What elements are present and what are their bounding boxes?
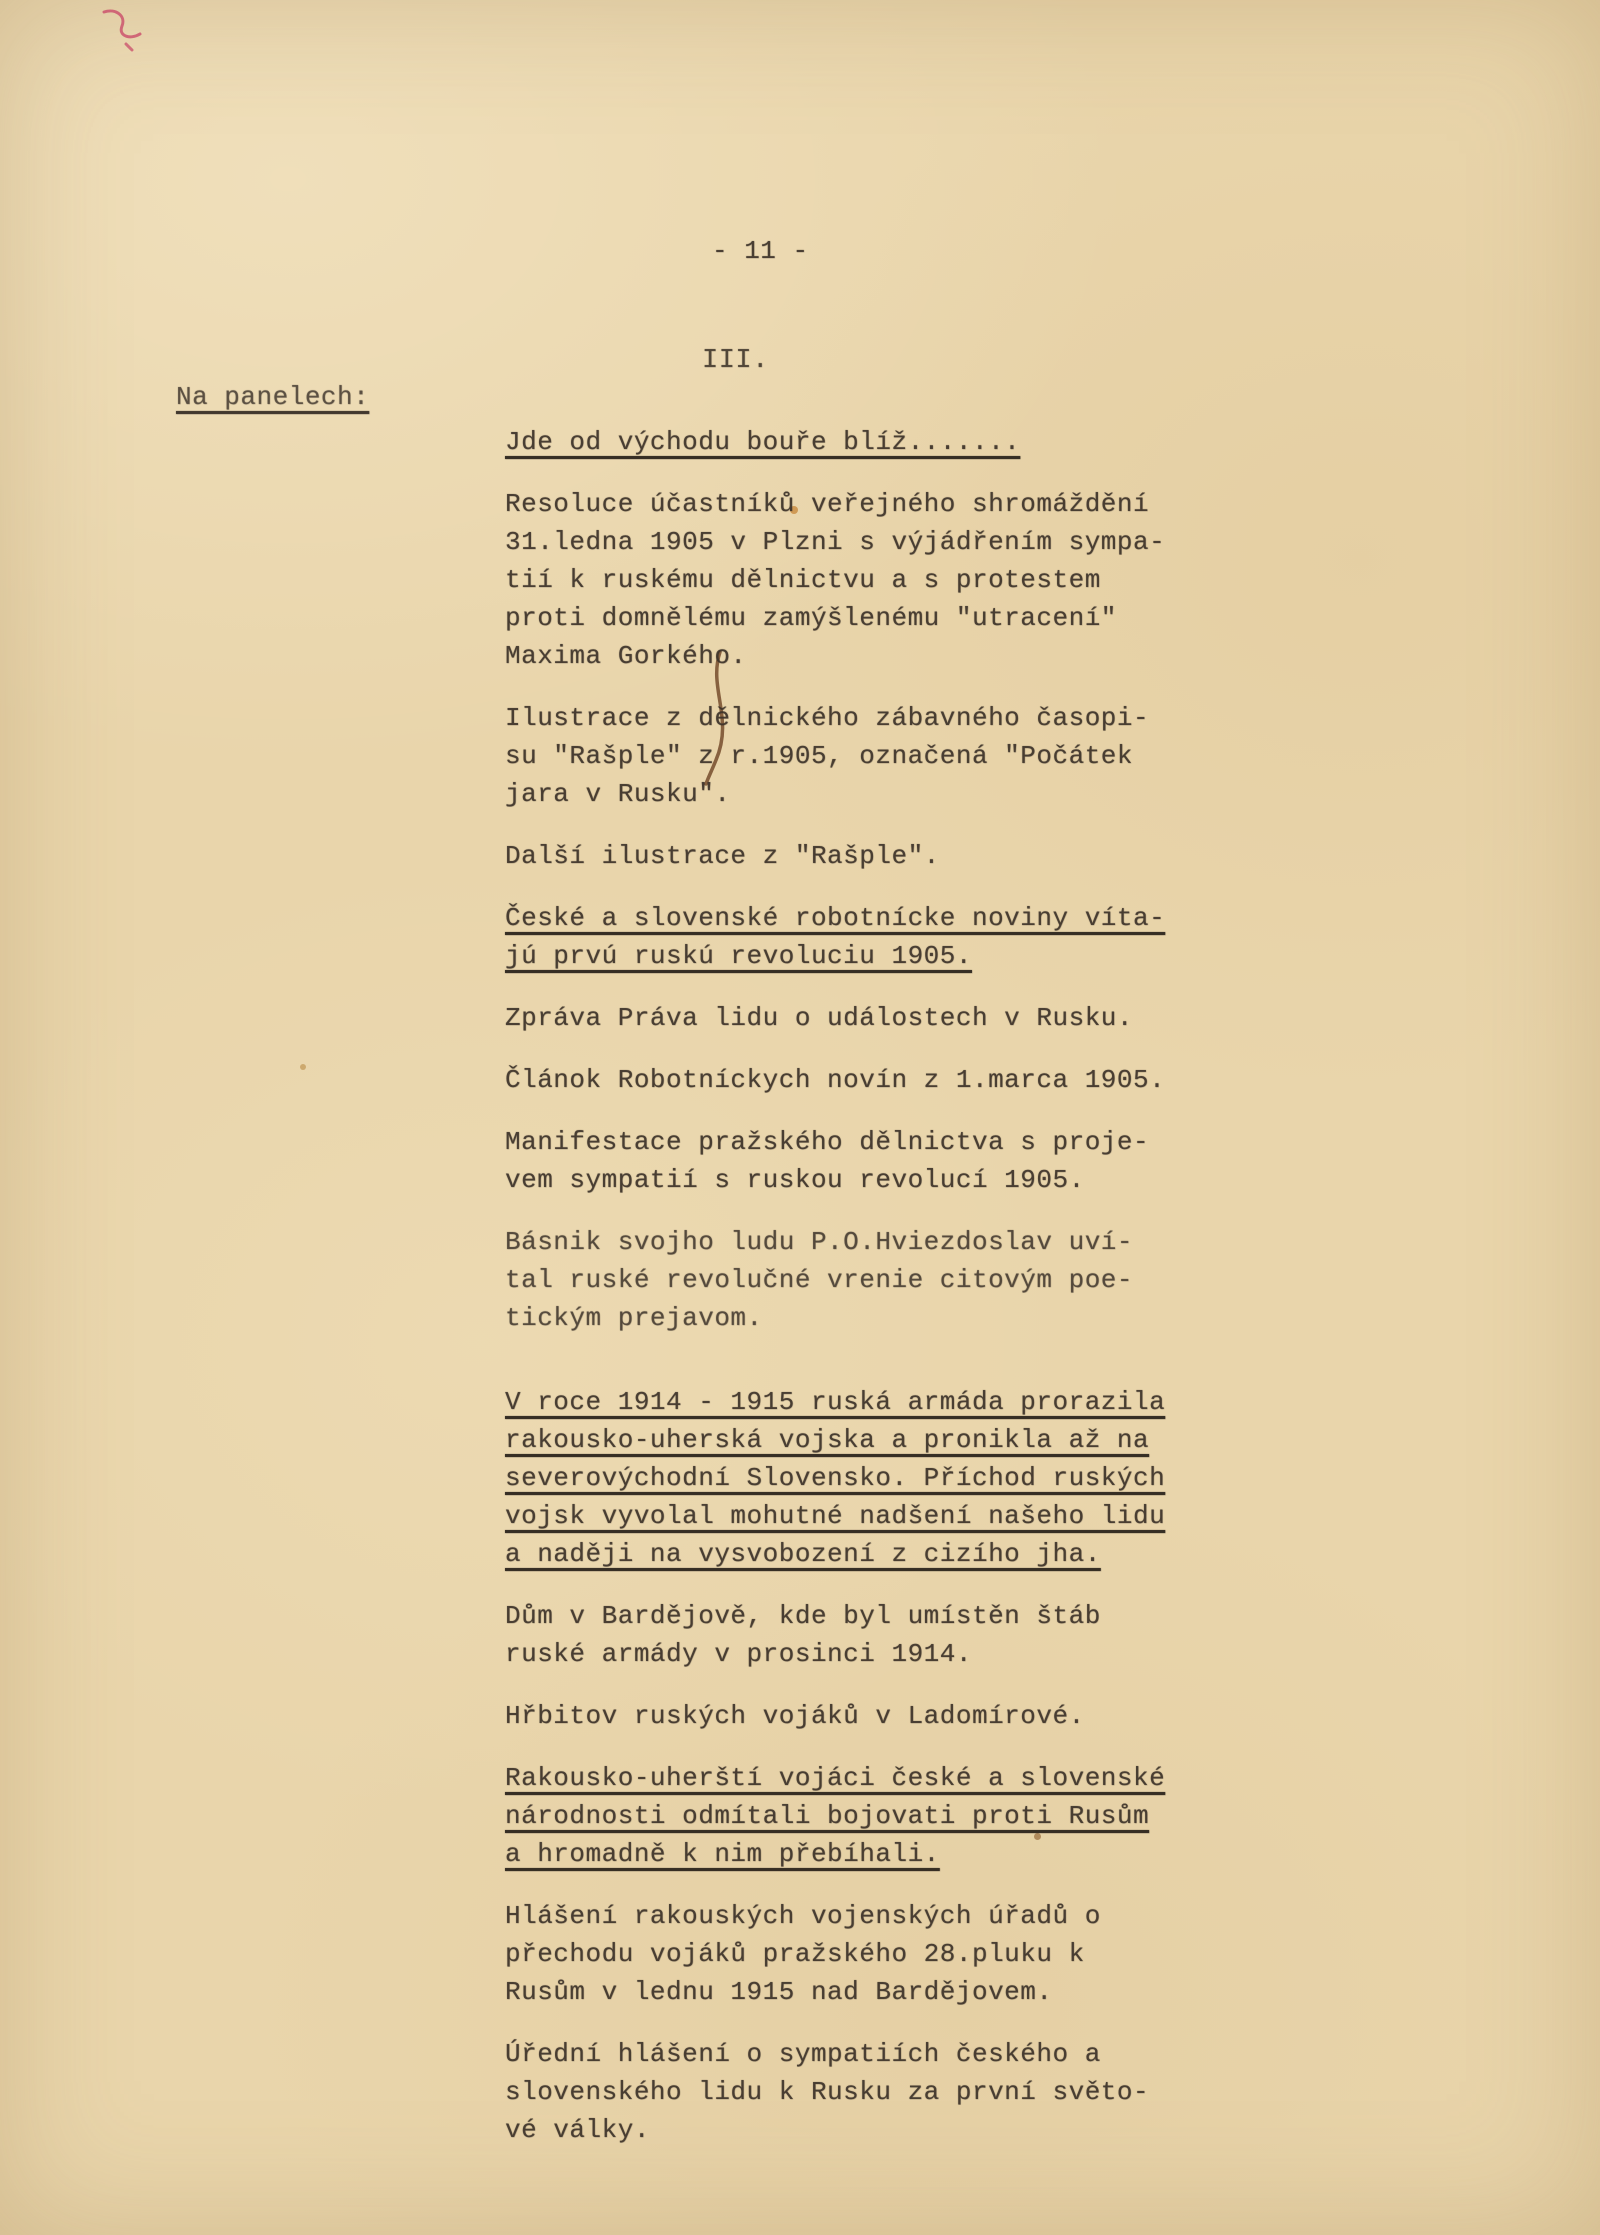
exhibit-item: Článok Robotníckych novín z 1.marca 1905…	[505, 1061, 1225, 1099]
document-page: - 11 - Na panelech: III. Jde od východu …	[0, 0, 1600, 2235]
page-number: - 11 -	[712, 236, 809, 266]
exhibit-item: Hlášení rakouských vojenských úřadů o př…	[505, 1897, 1225, 2011]
exhibit-heading: Jde od východu bouře blíž.......	[505, 423, 1225, 461]
paper-speck	[300, 1064, 306, 1070]
exhibit-item: Dům v Bardějově, kde byl umístěn štáb ru…	[505, 1597, 1225, 1673]
exhibit-item: Hřbitov ruských vojáků v Ladomírové.	[505, 1697, 1225, 1735]
exhibit-heading: V roce 1914 - 1915 ruská armáda prorazil…	[505, 1383, 1225, 1573]
exhibit-item: Básnik svojho ludu P.O.Hviezdoslav uví- …	[505, 1223, 1225, 1337]
margin-label: Na panelech:	[176, 382, 369, 412]
exhibit-item: Ilustrace z dělnického zábavného časopi-…	[505, 699, 1225, 813]
exhibit-item: Manifestace pražského dělnictva s proje-…	[505, 1123, 1225, 1199]
exhibit-item: Další ilustrace z "Rašple".	[505, 837, 1225, 875]
panel-list: Jde od východu bouře blíž....... Resoluc…	[505, 423, 1225, 2173]
exhibit-item: Úřední hlášení o sympatiích českého a sl…	[505, 2035, 1225, 2149]
exhibit-heading: Rakousko-uherští vojáci české a slovensk…	[505, 1759, 1225, 1873]
exhibit-item: Resoluce účastníků veřejného shromáždění…	[505, 485, 1225, 675]
section-number: III.	[702, 346, 769, 376]
exhibit-heading: České a slovenské robotnícke noviny víta…	[505, 899, 1225, 975]
exhibit-item: Zpráva Práva lidu o událostech v Rusku.	[505, 999, 1225, 1037]
red-pen-mark	[96, 6, 166, 56]
